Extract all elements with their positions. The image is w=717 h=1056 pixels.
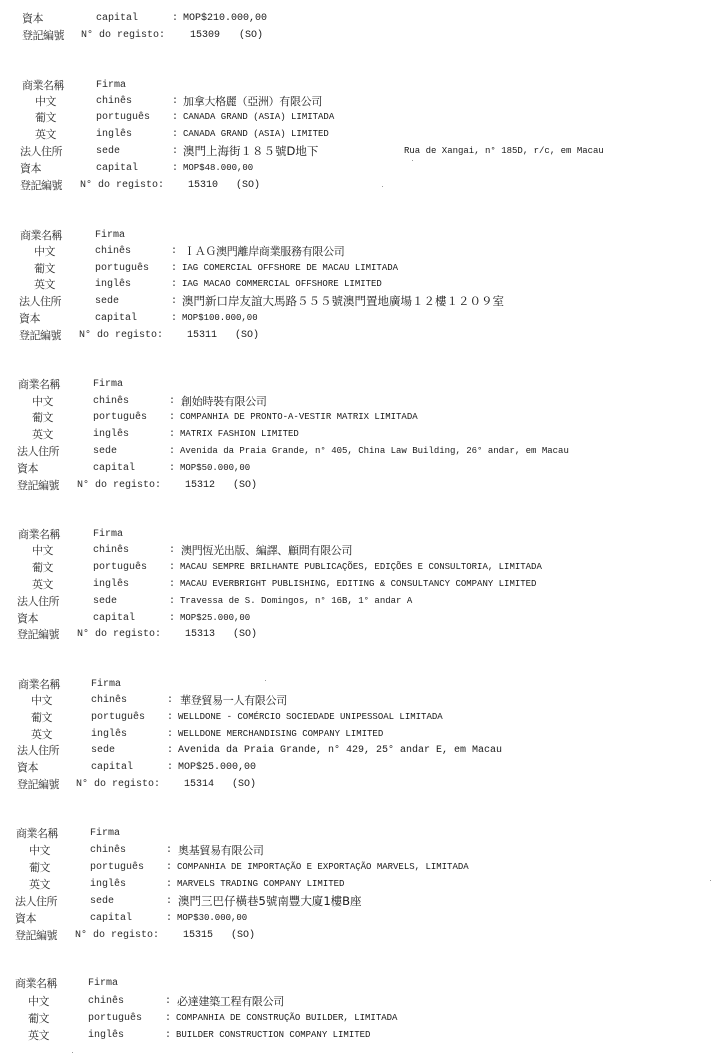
registo-number: 15311 — [187, 327, 217, 344]
colon: : — [165, 1027, 171, 1044]
colon: : — [169, 576, 175, 593]
firma-label-pt: Firma — [90, 825, 120, 842]
colon: : — [167, 742, 173, 759]
registo-suffix: (SO) — [236, 177, 260, 194]
registo-label-zh: 登記編號 — [17, 776, 59, 793]
colon: : — [169, 460, 175, 477]
capital-value: MOP$50.000,00 — [180, 460, 250, 477]
firma-label-pt: Firma — [93, 376, 123, 393]
capital-value: MOP$210.000,00 — [183, 10, 267, 27]
registo-number: 15312 — [185, 477, 215, 494]
address-latin: Avenida da Praia Grande, n° 405, China L… — [180, 443, 569, 460]
portuguese-name: WELLDONE - COMÉRCIO SOCIEDADE UNIPESSOAL… — [178, 709, 443, 726]
portugues-label-zh: 葡文 — [29, 859, 50, 876]
registo-suffix: (SO) — [233, 477, 257, 494]
address-latin: Travessa de S. Domingos, n° 16B, 1° anda… — [180, 593, 412, 610]
registo-label-pt: N° do registo: — [79, 327, 163, 344]
capital-value: MOP$100.000,00 — [182, 310, 258, 327]
colon: : — [169, 443, 175, 460]
registo-label-pt: N° do registo: — [80, 177, 164, 194]
sede-label-zh: 法人住所 — [17, 593, 59, 610]
chines-label-zh: 中文 — [29, 842, 50, 859]
capital-label-zh: 資本 — [20, 160, 41, 177]
portuguese-name: COMPANHIA DE CONSTRUÇÃO BUILDER, LIMITAD… — [176, 1010, 397, 1027]
colon: : — [166, 842, 172, 859]
address-latin: Rua de Xangai, n° 185D, r/c, em Macau — [404, 143, 604, 160]
colon: : — [172, 93, 178, 110]
chinese-name: 奧基貿易有限公司 — [178, 842, 264, 859]
chines-label-zh: 中文 — [35, 93, 56, 110]
colon: : — [167, 692, 173, 709]
ingles-label-zh: 英文 — [35, 126, 56, 143]
firma-label-zh: 商業名稱 — [18, 376, 60, 393]
capital-value: MOP$25.000,00 — [180, 610, 250, 627]
sede-label-zh: 法人住所 — [19, 293, 61, 310]
registo-suffix: (SO) — [233, 626, 257, 643]
chinese-name: ＩＡＧ澳門離岸商業服務有限公司 — [184, 243, 345, 260]
capital-label-zh: 資本 — [15, 910, 36, 927]
portugues-label-zh: 葡文 — [31, 709, 52, 726]
colon: : — [166, 893, 172, 910]
colon: : — [169, 542, 175, 559]
address-cjk: 澳門新口岸友誼大馬路５５５號澳門置地廣場１２樓１２０９室 — [182, 293, 504, 310]
ingles-label-pt: inglês — [93, 426, 129, 443]
scan-speck — [72, 1052, 73, 1053]
chines-label-pt: chinês — [95, 243, 131, 260]
registo-suffix: (SO) — [239, 27, 263, 44]
portuguese-name: CANADA GRAND (ASIA) LIMITADA — [183, 109, 334, 126]
registo-label-zh: 登記編號 — [19, 327, 61, 344]
portugues-label-zh: 葡文 — [34, 260, 55, 277]
firma-label-pt: Firma — [96, 77, 126, 94]
english-name: IAG MACAO COMMERCIAL OFFSHORE LIMITED — [182, 276, 382, 293]
colon: : — [172, 109, 178, 126]
ingles-label-zh: 英文 — [34, 276, 55, 293]
sede-label-pt: sede — [90, 893, 114, 910]
document-page: 資本 capital : MOP$210.000,00 登記編號 N° do r… — [0, 0, 717, 1056]
registo-suffix: (SO) — [235, 327, 259, 344]
firma-label-zh: 商業名稱 — [18, 526, 60, 543]
colon: : — [171, 260, 177, 277]
chines-label-zh: 中文 — [32, 542, 53, 559]
registo-label-zh: 登記編號 — [15, 927, 57, 944]
colon: : — [169, 610, 175, 627]
registo-label-pt: N° do registo: — [81, 27, 165, 44]
registo-number: 15309 — [190, 27, 220, 44]
scan-speck — [412, 160, 413, 161]
colon: : — [169, 559, 175, 576]
chines-label-zh: 中文 — [31, 692, 52, 709]
address-cjk: 澳門三巴仔橫巷5號南豐大廈1樓B座 — [178, 893, 362, 910]
registo-label-pt: N° do registo: — [77, 626, 161, 643]
capital-label-pt: capital — [96, 10, 138, 27]
firma-label-zh: 商業名稱 — [20, 227, 62, 244]
portugues-label-pt: português — [90, 859, 144, 876]
registo-suffix: (SO) — [231, 927, 255, 944]
chines-label-pt: chinês — [93, 393, 129, 410]
chines-label-pt: chinês — [90, 842, 126, 859]
firma-label-zh: 商業名稱 — [22, 77, 64, 94]
colon: : — [171, 243, 177, 260]
registo-label-pt: N° do registo: — [76, 776, 160, 793]
sede-label-zh: 法人住所 — [17, 443, 59, 460]
registo-label-pt: N° do registo: — [75, 927, 159, 944]
colon: : — [166, 859, 172, 876]
colon: : — [167, 726, 173, 743]
colon: : — [171, 293, 177, 310]
english-name: BUILDER CONSTRUCTION COMPANY LIMITED — [176, 1027, 370, 1044]
ingles-label-zh: 英文 — [28, 1027, 49, 1044]
capital-label-zh: 資本 — [17, 759, 38, 776]
sede-label-pt: sede — [93, 443, 117, 460]
firma-label-pt: Firma — [91, 676, 121, 693]
portuguese-name: COMPANHIA DE PRONTO-A-VESTIR MATRIX LIMI… — [180, 409, 418, 426]
portugues-label-pt: português — [95, 260, 149, 277]
registo-number: 15310 — [188, 177, 218, 194]
registo-label-zh: 登記編號 — [22, 27, 64, 44]
sede-label-pt: sede — [93, 593, 117, 610]
chines-label-pt: chinês — [88, 993, 124, 1010]
colon: : — [165, 993, 171, 1010]
colon: : — [169, 426, 175, 443]
registo-label-zh: 登記編號 — [20, 177, 62, 194]
english-name: MACAU EVERBRIGHT PUBLISHING, EDITING & C… — [180, 576, 536, 593]
colon: : — [171, 310, 177, 327]
capital-label-zh: 資本 — [17, 610, 38, 627]
english-name: MARVELS TRADING COMPANY LIMITED — [177, 876, 344, 893]
ingles-label-zh: 英文 — [29, 876, 50, 893]
capital-label-zh: 資本 — [17, 460, 38, 477]
portuguese-name: MACAU SEMPRE BRILHANTE PUBLICAÇÕES, EDIÇ… — [180, 559, 542, 576]
capital-value: MOP$25.000,00 — [178, 759, 256, 776]
registo-number: 15313 — [185, 626, 215, 643]
sede-label-zh: 法人住所 — [20, 143, 62, 160]
firma-label-pt: Firma — [95, 227, 125, 244]
sede-label-zh: 法人住所 — [17, 742, 59, 759]
registo-label-pt: N° do registo: — [77, 477, 161, 494]
colon: : — [165, 1010, 171, 1027]
capital-label-zh: 資本 — [19, 310, 40, 327]
colon: : — [169, 393, 175, 410]
capital-label-pt: capital — [95, 310, 137, 327]
colon: : — [172, 10, 178, 27]
registo-suffix: (SO) — [232, 776, 256, 793]
portugues-label-pt: português — [91, 709, 145, 726]
chines-label-zh: 中文 — [28, 993, 49, 1010]
portugues-label-pt: português — [88, 1010, 142, 1027]
chines-label-pt: chinês — [96, 93, 132, 110]
address-cjk: 澳門上海街１８５號D地下 — [183, 143, 318, 160]
colon: : — [167, 709, 173, 726]
colon: : — [166, 910, 172, 927]
english-name: MATRIX FASHION LIMITED — [180, 426, 299, 443]
english-name: CANADA GRAND (ASIA) LIMITED — [183, 126, 329, 143]
firma-label-pt: Firma — [93, 526, 123, 543]
sede-label-pt: sede — [96, 143, 120, 160]
colon: : — [169, 409, 175, 426]
chines-label-pt: chinês — [91, 692, 127, 709]
ingles-label-pt: inglês — [93, 576, 129, 593]
portugues-label-pt: português — [93, 409, 147, 426]
colon: : — [172, 160, 178, 177]
chines-label-zh: 中文 — [32, 393, 53, 410]
colon: : — [167, 759, 173, 776]
portugues-label-zh: 葡文 — [32, 409, 53, 426]
firma-label-zh: 商業名稱 — [15, 975, 57, 992]
ingles-label-pt: inglês — [95, 276, 131, 293]
portugues-label-zh: 葡文 — [28, 1010, 49, 1027]
ingles-label-pt: inglês — [90, 876, 126, 893]
colon: : — [166, 876, 172, 893]
colon: : — [169, 593, 175, 610]
firma-label-zh: 商業名稱 — [16, 825, 58, 842]
ingles-label-zh: 英文 — [32, 426, 53, 443]
english-name: WELLDONE MERCHANDISING COMPANY LIMITED — [178, 726, 383, 743]
capital-label-pt: capital — [93, 460, 135, 477]
chinese-name: 澳門恆光出版、編譯、顧問有限公司 — [181, 542, 352, 559]
colon: : — [171, 276, 177, 293]
portugues-label-pt: português — [96, 109, 150, 126]
sede-label-zh: 法人住所 — [15, 893, 57, 910]
capital-label-pt: capital — [93, 610, 135, 627]
capital-label-pt: capital — [96, 160, 138, 177]
capital-value: MOP$30.000,00 — [177, 910, 247, 927]
chinese-name: 華登貿易一人有限公司 — [180, 692, 287, 709]
firma-label-zh: 商業名稱 — [18, 676, 60, 693]
sede-label-pt: sede — [95, 293, 119, 310]
sede-label-pt: sede — [91, 742, 115, 759]
registo-number: 15315 — [183, 927, 213, 944]
ingles-label-pt: inglês — [96, 126, 132, 143]
scan-speck — [265, 680, 266, 681]
firma-label-pt: Firma — [88, 975, 118, 992]
colon: : — [172, 126, 178, 143]
scan-speck — [382, 186, 383, 187]
capital-value: MOP$48.000,00 — [183, 160, 253, 177]
ingles-label-zh: 英文 — [32, 576, 53, 593]
chinese-name: 創始時裝有限公司 — [181, 393, 267, 410]
portugues-label-zh: 葡文 — [35, 109, 56, 126]
portugues-label-zh: 葡文 — [32, 559, 53, 576]
registo-label-zh: 登記編號 — [17, 477, 59, 494]
address-latin: Avenida da Praia Grande, n° 429, 25° and… — [178, 742, 502, 759]
colon: : — [172, 143, 178, 160]
registo-number: 15314 — [184, 776, 214, 793]
chines-label-zh: 中文 — [34, 243, 55, 260]
capital-label-zh: 資本 — [22, 10, 43, 27]
chines-label-pt: chinês — [93, 542, 129, 559]
chinese-name: 加拿大格麗（亞洲）有限公司 — [183, 93, 322, 110]
portuguese-name: COMPANHIA DE IMPORTAÇÃO E EXPORTAÇÃO MAR… — [177, 859, 469, 876]
ingles-label-zh: 英文 — [31, 726, 52, 743]
portuguese-name: IAG COMERCIAL OFFSHORE DE MACAU LIMITADA — [182, 260, 398, 277]
ingles-label-pt: inglês — [88, 1027, 124, 1044]
registo-label-zh: 登記編號 — [17, 626, 59, 643]
chinese-name: 必達建築工程有限公司 — [177, 993, 284, 1010]
scan-speck — [710, 880, 711, 881]
portugues-label-pt: português — [93, 559, 147, 576]
capital-label-pt: capital — [90, 910, 132, 927]
capital-label-pt: capital — [91, 759, 133, 776]
ingles-label-pt: inglês — [91, 726, 127, 743]
